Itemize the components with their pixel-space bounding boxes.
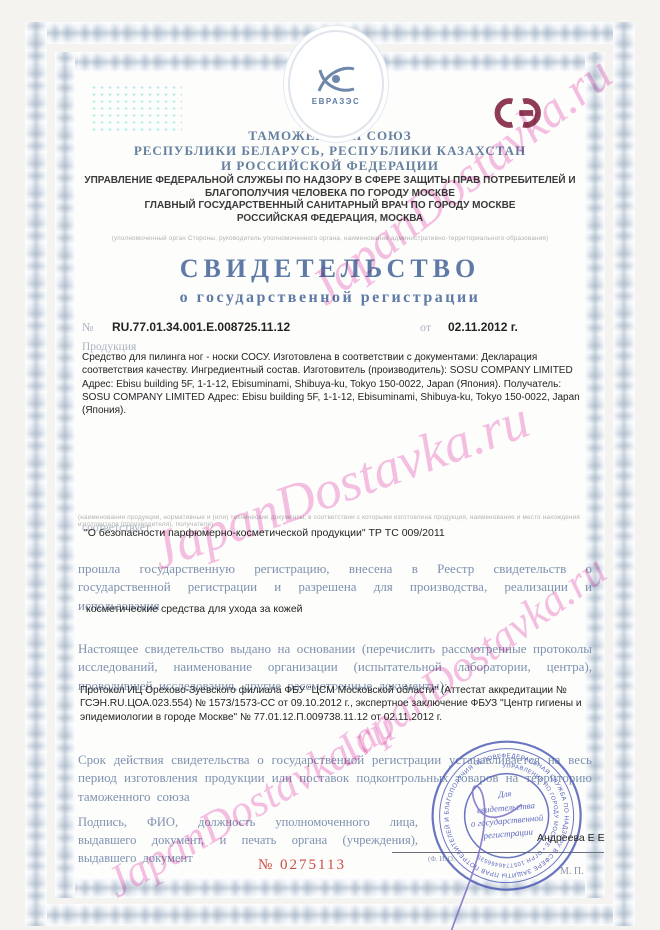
product-footnote: (наименование продукции, нормативные и (… — [78, 514, 600, 528]
eurasec-badge: ЕВРАЗЭС — [288, 30, 384, 138]
svg-text:регистрации: регистрации — [482, 826, 534, 840]
technical-regulation: "О безопасности парфюмерно-косметической… — [84, 527, 574, 539]
date-label: от — [420, 320, 431, 335]
protocol-text: Протокол ИЦ Орехово-Зуевского филиала ФБ… — [80, 684, 585, 724]
authority-footnote: (уполномоченный орган Стороны, руководит… — [80, 235, 580, 242]
eurasec-emblem-icon — [313, 63, 359, 95]
union-line-3: И РОССИЙСКОЙ ФЕДЕРАЦИИ — [0, 158, 660, 174]
authority-line-3: РОССИЙСКАЯ ФЕДЕРАЦИЯ, МОСКВА — [50, 213, 610, 226]
product-category: косметические средства для ухода за коже… — [86, 603, 303, 615]
official-round-stamp: ФЕДЕРАЛЬНАЯ СЛУЖБА ПО НАДЗОРУ В СФЕРЕ ЗА… — [412, 725, 618, 930]
certificate-date: 02.11.2012 г. — [448, 320, 518, 334]
union-line-2: РЕСПУБЛИКИ БЕЛАРУСЬ, РЕСПУБЛИКИ КАЗАХСТА… — [0, 143, 660, 159]
se-conformity-mark-icon — [487, 90, 547, 136]
svg-text:Для: Для — [497, 788, 512, 799]
certificate-number: RU.77.01.34.001.E.008725.11.12 — [112, 320, 290, 334]
authority-line-2: ГЛАВНЫЙ ГОСУДАРСТВЕННЫЙ САНИТАРНЫЙ ВРАЧ … — [50, 200, 610, 213]
number-label: № — [82, 320, 93, 335]
certificate-page: ЕВРАЗЭС ТАМОЖЕННЫЙ СОЮЗ РЕСПУБЛИКИ БЕЛАР… — [0, 0, 660, 930]
certificate-subtitle: о государственной регистрации — [0, 289, 660, 307]
authority-line-1: УПРАВЛЕНИЕ ФЕДЕРАЛЬНОЙ СЛУЖБЫ ПО НАДЗОРУ… — [84, 175, 575, 199]
certificate-title: СВИДЕТЕЛЬСТВО — [0, 254, 660, 284]
product-description: Средство для пилинга ног - носки СОСУ. И… — [82, 351, 587, 417]
authority-block: УПРАВЛЕНИЕ ФЕДЕРАЛЬНОЙ СЛУЖБЫ ПО НАДЗОРУ… — [50, 175, 610, 225]
signer-name: Андреева Е Е — [537, 832, 605, 844]
security-dot-pattern — [90, 84, 182, 132]
number-row: № RU.77.01.34.001.E.008725.11.12 от 02.1… — [80, 320, 590, 336]
eurasec-label: ЕВРАЗЭС — [312, 97, 361, 106]
